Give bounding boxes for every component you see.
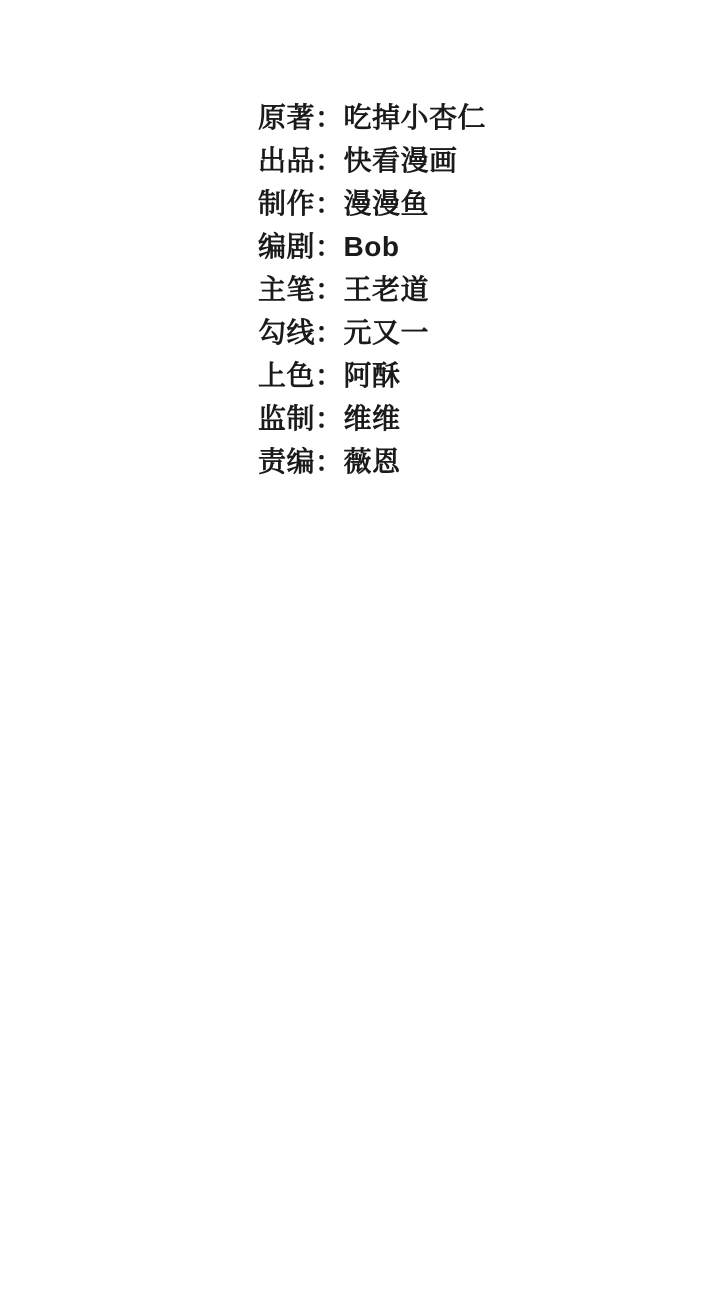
credit-label: 勾线： bbox=[258, 317, 344, 348]
credit-label: 监制： bbox=[258, 403, 344, 434]
credit-label: 原著： bbox=[258, 102, 344, 133]
credit-line-publisher: 出品：快看漫画 bbox=[258, 139, 486, 182]
credits-list: 原著：吃掉小杏仁 出品：快看漫画 制作：漫漫鱼 编剧：Bob 主笔：王老道 勾线… bbox=[258, 96, 486, 483]
credit-label: 主笔： bbox=[258, 274, 344, 305]
credit-name: 元又一 bbox=[344, 317, 430, 348]
credit-label: 编剧： bbox=[258, 231, 344, 262]
credit-line-supervisor: 监制：维维 bbox=[258, 397, 486, 440]
credit-line-editor: 责编：薇恩 bbox=[258, 440, 486, 483]
credit-label: 责编： bbox=[258, 446, 344, 477]
credit-label: 出品： bbox=[258, 145, 344, 176]
credit-name: 吃掉小杏仁 bbox=[344, 102, 487, 133]
credit-label: 制作： bbox=[258, 188, 344, 219]
credit-line-screenwriter: 编剧：Bob bbox=[258, 225, 486, 268]
credit-line-line-art: 勾线：元又一 bbox=[258, 311, 486, 354]
credit-line-coloring: 上色：阿酥 bbox=[258, 354, 486, 397]
credit-name: 漫漫鱼 bbox=[344, 188, 430, 219]
credit-name: Bob bbox=[344, 231, 400, 262]
credit-label: 上色： bbox=[258, 360, 344, 391]
credit-name: 维维 bbox=[344, 403, 401, 434]
credit-name: 阿酥 bbox=[344, 360, 401, 391]
comic-credits-page: 原著：吃掉小杏仁 出品：快看漫画 制作：漫漫鱼 编剧：Bob 主笔：王老道 勾线… bbox=[0, 0, 720, 1315]
credit-name: 薇恩 bbox=[344, 446, 401, 477]
credit-line-production: 制作：漫漫鱼 bbox=[258, 182, 486, 225]
credit-line-lead-artist: 主笔：王老道 bbox=[258, 268, 486, 311]
credit-name: 快看漫画 bbox=[344, 145, 458, 176]
credit-line-original-author: 原著：吃掉小杏仁 bbox=[258, 96, 486, 139]
credit-name: 王老道 bbox=[344, 274, 430, 305]
